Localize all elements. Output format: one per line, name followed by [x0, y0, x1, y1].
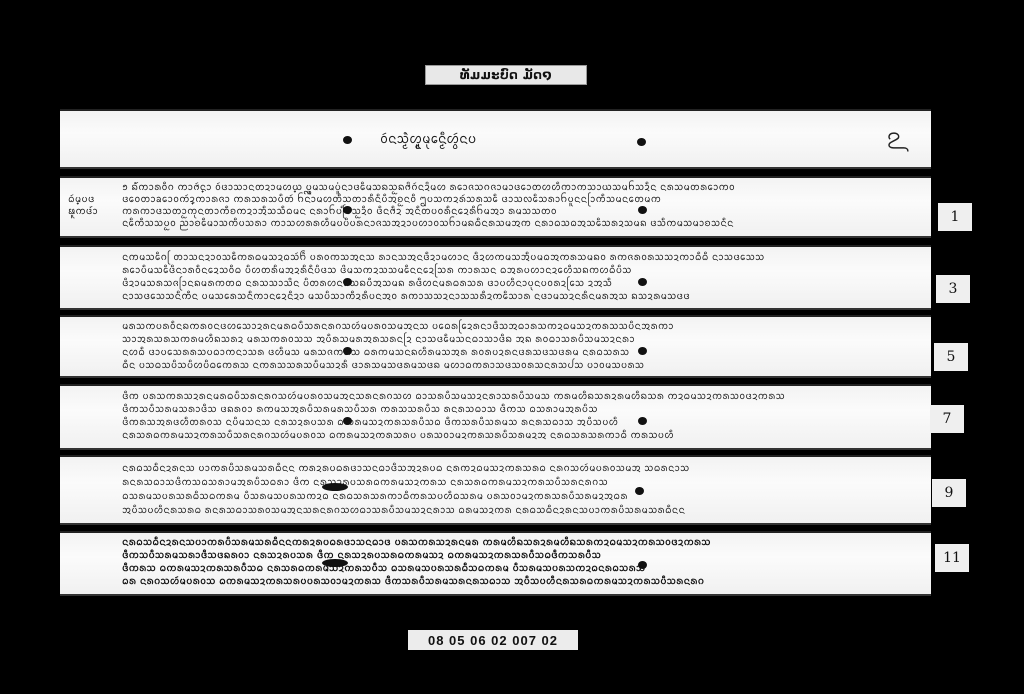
- binding-hole-left: [322, 483, 348, 491]
- binding-hole-right: [638, 561, 647, 569]
- binding-hole-right: [635, 487, 644, 495]
- manuscript-leaf-1: ᨵᩢ᩠ᨾᨷᨴ ᨹᩪᨠᨴ᩶ᩣ ᪁ ᨦᩴ᩶ᨠᩣᩁᩅᩥᨣ ᨠᩣᩆᩢ᩠ᨶᩣ ᩅᩢᨴᩣᩈᩣ…: [60, 176, 931, 238]
- text-line: ᨴᩥᨠᩁᩈ ᨵᨠᩁᨾᩈᨯᨠᩁᩈᩁᨷᩥᩈᨵ ᨶᩁᩈᩁᨵᨠᩁᨾᩈᨯᨠᩁᩈᨷᩥᩈ ᨵᩈ…: [122, 563, 645, 575]
- manuscript-leaf-7: ᨴᩥᨠ ᨷᩁᩈᨠᩁᩈᨯᩁᨶᨾᩁᨵᨷᩥᩈᩁᨶᩁᨣᩈᩉᩢᨾᨷᩁᩅᩈᨾᩋᨶᩈᩁᨶᩁᨣᩈ…: [60, 384, 931, 450]
- page-number-label: 7: [930, 405, 964, 433]
- binding-hole-right: [638, 417, 647, 425]
- text-line: ᩈᩣᩋᩁᩈᩁᩈᨠᩁᨾᩉᩥᨦᩈᩁᨯ ᨾᩁᩈᨠᩁᩅᩈᩈ ᩋᨷᩥᩁᩈᨾᩁᩋᩁᩈᩁᨶᩕᨯ…: [122, 334, 635, 346]
- text-line: ᨴᩮᩅᨲᩣᨡᩮᩣᩅᨠᩢ᩠ᨯᨠᩣᩁᨩᩣ ᨠᩁᩈᩁᩈᨷᩥᨲᩢ ᨤᨶᩣᨾᩉᨲᩥᩈᨲᩣᩁ…: [122, 194, 661, 206]
- document-header-label: ທັມມະບົດ ມັດ໑: [425, 65, 587, 85]
- text-line: ᨶᩮᩥᨠᩥᩈᩈᨷᩬᩅ ᨬᩣᨧᩮᩥᨾᩣᩈᨠᩥᨷᩈᩁᩣ ᨠᩣᩈᩉᩁᩁᩉᩥᨾᨷᨷᩥᨷᩁ…: [122, 218, 734, 230]
- text-line: ᨶᩁᩈᩁᨵᨠᩁᨾᩈᨯᨠᩁᩈᨷᩥᩈᩁᨶᩁᨣᩈᩉᩢᨾᨷᩁᩅᩈ ᨵᨠᩁᨾᩈᨯᨠᩁᩈᩁᨷ…: [122, 430, 674, 442]
- binding-hole-left: [343, 206, 352, 214]
- text-line: ᩁᨶᩁᩈᨵᩣᩈᨴᩥᨠᩈᨵᩈᩁᩣᨾᩋᩁᨷᩥᩈᨵᩁᩣ ᨴᩥᨠ ᨶᩁᩈᨯᩁᨷᩈᩁᨵᨠᩁ…: [122, 477, 608, 489]
- text-line: ᪁ ᨦᩴ᩶ᨠᩣᩁᩅᩥᨣ ᨠᩣᩆᩢ᩠ᨶᩣ ᩅᩢᨴᩣᩈᩣᨶᨲᨯᩣᨾᩉ᩠ᨿ ᨷᩖᩪᨾᩈ…: [122, 182, 735, 194]
- text-line: ᨴᩥᨠᩈᨷᩥᩈᩁᨾᩈᩁᩣᨴᩥᩈᨴᨦᩁᩅᩣ ᨶᩁᩈᨯᩁᨷᩈᩁ ᨴᩥᨠ ᨶᩁᩈᨯᩁᨷ…: [122, 550, 601, 562]
- text-line: ᩋᨷᩥᩈᨷᩉᩥᨶᩁᩈᩁᨵ ᩁᨶᩁᩈᨵᩣᩈᩁᩅᩈᨾᩋᨶᩈᩁᨶᩁᨣᩈᩉᨵᩣᩈᩁᨷᩥᩈ…: [122, 505, 685, 517]
- binding-hole-left: [343, 136, 352, 144]
- leaf-title-text: ᩅᩢᨶᩈᩫ᩠ᨾᩉᩪ᩠ᨾᨾᩩᨶᩮᩥ᩠ᨾᩉ᩠ᩅᩢᨶᨷ: [380, 129, 476, 150]
- manuscript-leaf-3: ᨶᨠᨾᩈᩮᩥᨣᩕ ᨲᩣᩈᨶᨯᩣᩅᩈᩮᩥᨠᩁᨵᨾᩈᨯᨵᩈᩢᨤᩫ ᨷᩁᩅᨠᩈᩋᨶᩈ …: [60, 245, 931, 310]
- page-number-label: 3: [936, 275, 970, 303]
- manuscript-leaf-9: ᨶᩁᨵᩈᨵᩥᨶᨯᩁᨶᩈ ᨷᩣᨠᩁᨷᩥᩈᩁᨾᩈᩁᨵᩥᨶᨶ ᨠᩁᨯᩁᨷᨵᩁᨴᩣᩈᨶᨵ…: [60, 455, 931, 525]
- page-number-label: 9: [932, 479, 966, 507]
- text-line: ᨠᩁᨠᩣᨴᩈᨲᩣᩬᨠᩩᨶᨲᩣᨠᩥᨧᨠᨯᩣᩋᩥᩈᩈᩥᨵᨾᨶ ᨶᩁᩣᨤᨷᩕᩥᨧᩈᩬᨯ…: [122, 206, 557, 218]
- folio-mark: ᩓ: [878, 131, 909, 151]
- margin-note: ᨵᩢ᩠ᨾᨷᨴ: [68, 194, 95, 206]
- binding-hole-left: [343, 417, 352, 425]
- text-line: ᨵᩥᨶ ᨷᩈᨵᩈᨷᩥᩈᨷᩥᩉᨷᩥᨵᩮᨠᩁᩈ ᨶᨠᩁᩈᩈᩁᩈᨷᩥᨾᩈᨯᩁᩥ ᨴᩣᩁ…: [122, 360, 644, 372]
- text-line: ᨶᨠᨾᩈᩮᩥᨣᩕ ᨲᩣᩈᨶᨯᩣᩅᩈᩮᩥᨠᩁᨵᨾᩈᨯᨵᩈᩢᨤᩫ ᨷᩁᩅᨠᩈᩋᨶᩈ …: [122, 252, 765, 264]
- text-line: ᩁᩮᩣᨷᩥᨾᩈᩮᩥᨴᩥᨶᩣᩁᩅᩥᨶᩮᨯᩈᩅᩥᨵ ᨷᩥᩉᨲᩁᩥᨾᩋᨯᩁᩥᨶᩥᨷᩥᨴ…: [122, 265, 632, 277]
- title-leaf: ᩅᩢᨶᩈᩫ᩠ᨾᩉᩪ᩠ᨾᨾᩩᨶᩮᩥ᩠ᨾᩉ᩠ᩅᩢᨶᨷ ᩓ: [60, 109, 931, 169]
- text-line: ᨴᩥᨠᩈᨷᩥᩈᩁᨾᩈᩁᩣᨴᩥᩈ ᨴᨦᩁᩅᩣ ᩁᨠᨾᩈᩋᩁᨷᩥᩈᩁᨾᩁᩈᨷᩥᩈᩁ …: [122, 404, 598, 416]
- binding-hole-left: [322, 559, 348, 567]
- binding-hole-right: [638, 206, 647, 214]
- text-line: ᨶᩁᨵᩈᨵᩥᨶᨯᩁᨶᩈᨷᩣᨠᩁᨷᩥᩈᩁᨾᩈᩁᨵᩥᨶᨶᨠᩁᨯᩁᨷᨵᩁᨴᩣᩈᨶᨵᩣᨴ…: [122, 537, 711, 549]
- text-line: ᨶᩁᨵᩈᨵᩥᨶᨯᩁᨶᩈ ᨷᩣᨠᩁᨷᩥᩈᩁᨾᩈᩁᨵᩥᨶᨶ ᨠᩁᨯᩁᨷᨵᩁᨴᩣᩈᨶᨵ…: [122, 463, 690, 475]
- text-line: ᨶᩣᩈᨴᩮᩈᩈᨶᩥᨠᩥᨶ ᨷᨾᩈᩮᩁᩈᨶᩥᨠᩣᨶᩮᨯᨶᩥᨯᩣ ᨾᩈᨷᩥᩈᩣᨠᩥᨯ…: [122, 291, 690, 303]
- text-line: ᨴᩥᨠ ᨷᩁᩈᨠᩁᩈᨯᩁᨶᨾᩁᨵᨷᩥᩈᩁᨶᩁᨣᩈᩉᩢᨾᨷᩁᩅᩈᨾᩋᨶᩈᩁᨶᩁᨣᩈ…: [122, 391, 785, 403]
- manuscript-leaf-5: ᨾᩁᩈᨠᨷᩁᩅᩥᨶᨦᨠᩁᩅᨶᨴᩉᩮᩈᩣᨯᩁᨶᨾᩁᨵᨷᩥᩈᩁᨶᩁᨣᩈᩉᩢᨾᨷᩁᩅᩈ…: [60, 315, 931, 378]
- text-line: ᨾᩁᩈᨠᨷᩁᩅᩥᨶᨦᨠᩁᩅᨶᨴᩉᩮᩈᩣᨯᩁᨶᨾᩁᨵᨷᩥᩈᩁᨶᩁᨣᩈᩉᩢᨾᨷᩁᩅᩈ…: [122, 321, 674, 333]
- margin-note: ᨹᩪᨠᨴ᩶ᩣ: [68, 206, 98, 218]
- binding-hole-left: [343, 347, 352, 355]
- page-number-label: 5: [934, 343, 968, 371]
- text-line: ᨵᩈᩁᨾᩈᨷᩁᩈᩁᨵᩥᩈᨵᨠᩁᨾ ᨷᩥᩈᩁᨾᩈᨷᩁᩈᨠᨯᨵ ᨶᩁᨵᩈᩁᩈᩁᨠᩣᨵ…: [122, 491, 628, 503]
- text-line: ᨵᩁ ᨶᩁᨣᩈᩉᩢᨾᨷᩁᩅᩈ ᨵᨠᩁᨾᩈᨯᨠᩁᩈᩁᨷᨷᩁᩈᩅᩣᨾᨯᨠᩁᩈ ᨴᩥᨠ…: [122, 576, 704, 588]
- archive-reference-code: 08 05 06 02 007 02: [408, 630, 578, 650]
- text-line: ᨴᩥᨯᩣᨾᩈᩁᩈᨩᩕᩣᨶᨦᨾᩁᨠᨲᨵ ᨶᩁᩈᩈᩣᩈᩦᨶ ᨷᩥᨲᩁᩉᨶᨵᩈᨦᨷᩥᩋ…: [122, 278, 612, 290]
- binding-hole-left: [343, 278, 352, 286]
- text-line: ᨴᩥᨠᩁᩈᩋᩁᨴᩉᩥᨲᩁᩅᩈ ᨶᨷᩥᨾᩈᨶᩈ ᨶᩁᩈᨯᩁᨷᩈᩁ ᨵᨠᩁᨾᩈᨯᨠᩁ…: [122, 417, 618, 429]
- binding-hole-right: [637, 138, 646, 146]
- page-number-label: 1: [938, 203, 972, 231]
- binding-hole-right: [638, 278, 647, 286]
- binding-hole-right: [638, 347, 647, 355]
- text-line: ᨶᩉᨵᩥ ᨴᩣᨷᩮᩈᩁᩁᩈᨷᨵᩣᨠᨶᩣᩈᩁ ᨴᩉᩥᨾᩈ ᨾᩁᩈᨩᨠᩁᩈ ᨵᩁᨠᨾ…: [122, 347, 629, 359]
- page-number-label: 11: [935, 544, 969, 572]
- manuscript-leaf-11: ᨶᩁᨵᩈᨵᩥᨶᨯᩁᨶᩈᨷᩣᨠᩁᨷᩥᩈᩁᨾᩈᩁᨵᩥᨶᨶᨠᩁᨯᩁᨷᨵᩁᨴᩣᩈᨶᨵᩣᨴ…: [60, 531, 931, 596]
